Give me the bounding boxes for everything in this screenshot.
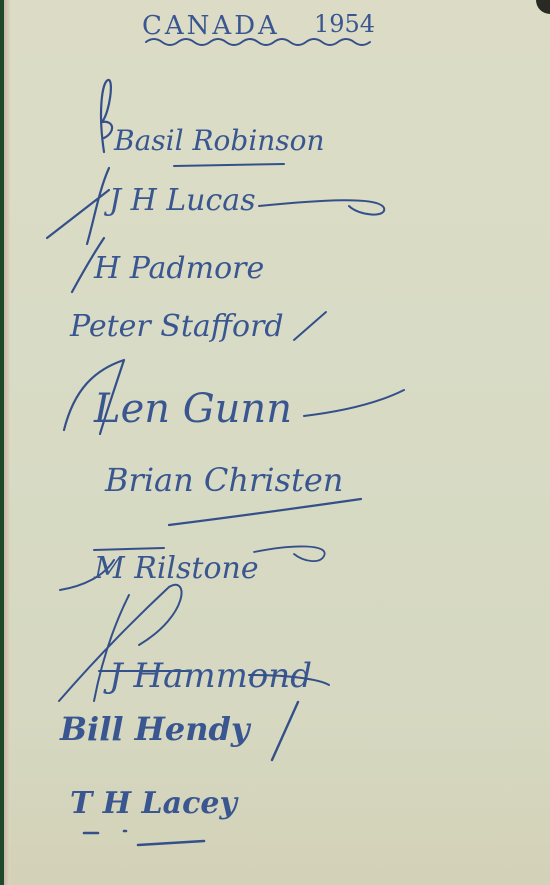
svg-text:Bill Hendy: Bill Hendy	[59, 710, 252, 748]
svg-text:J H Lucas: J H Lucas	[103, 183, 256, 218]
svg-text:H Padmore: H Padmore	[93, 251, 264, 286]
svg-text:Basil Robinson: Basil Robinson	[113, 124, 325, 157]
header-year: 1954	[314, 10, 375, 38]
svg-text:Peter Stafford: Peter Stafford	[69, 309, 284, 344]
signature-6: Brian Christen	[99, 425, 399, 535]
svg-text:Brian Christen: Brian Christen	[104, 461, 343, 499]
signature-10: T H Lacey	[64, 765, 304, 855]
header-country: CANADA	[142, 11, 280, 41]
signature-1: Basil Robinson	[74, 72, 404, 172]
svg-text:T H Lacey: T H Lacey	[70, 786, 239, 821]
page-header: CANADA 1954	[124, 2, 404, 52]
signature-9: Bill Hendy	[54, 690, 314, 770]
autograph-page: CANADA 1954 Basil Robinson J H Lucas H P…	[4, 0, 550, 885]
signature-8: J Hammond	[39, 575, 359, 705]
page-corner	[536, 0, 550, 14]
